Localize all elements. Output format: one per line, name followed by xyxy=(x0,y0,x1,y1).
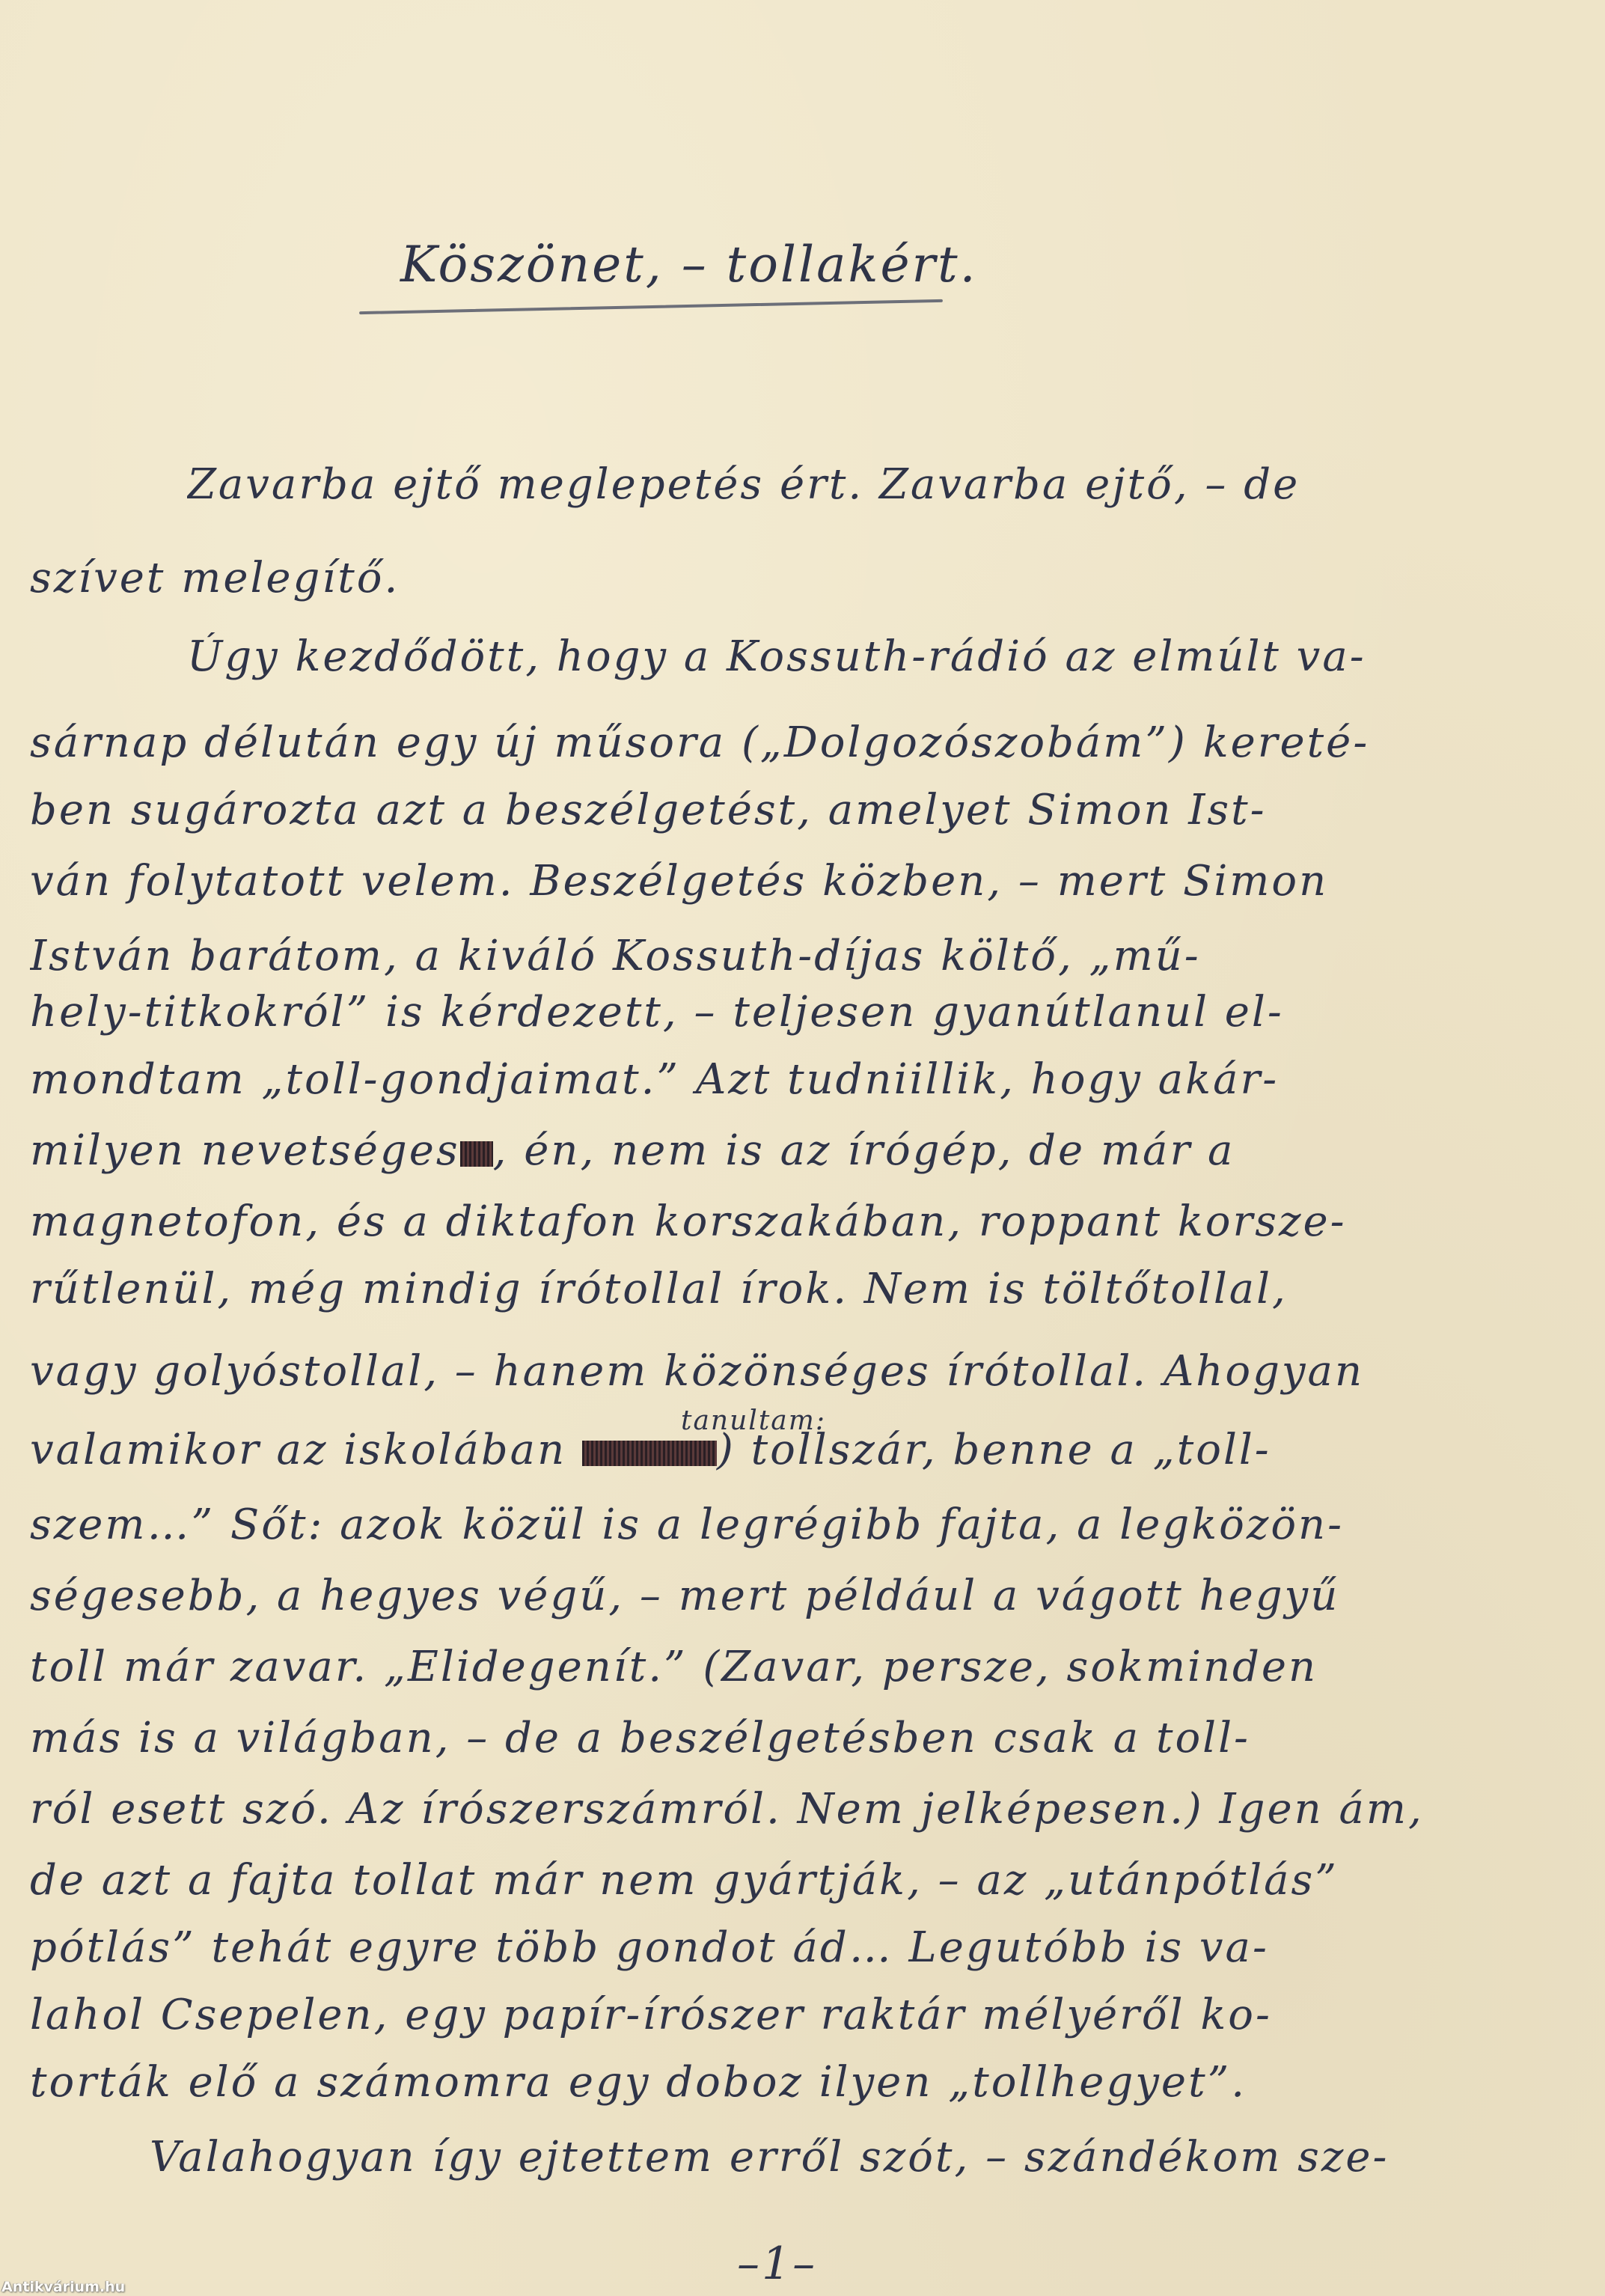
manuscript-line: más is a világban, – de a beszélgetésben… xyxy=(30,1714,1579,1762)
manuscript-line: hely-titkokról” is kérdezett, – teljesen… xyxy=(30,988,1579,1036)
manuscript-line: rűtlenül, még mindig írótollal írok. Nem… xyxy=(30,1265,1579,1313)
line-text: milyen nevetséges xyxy=(30,1126,460,1175)
manuscript-line: milyen nevetséges, én, nem is az írógép,… xyxy=(30,1126,1579,1175)
line-text: Ist- xyxy=(1173,786,1267,834)
line-text: ) tollszár, benne a „toll- xyxy=(717,1426,1271,1474)
manuscript-line: lahol Csepelen, egy papír-írószer raktár… xyxy=(30,1991,1579,2039)
manuscript-line: szívet melegítő. xyxy=(30,554,1579,602)
strikethrough-mark xyxy=(460,1141,493,1167)
manuscript-line: Zavarba ejtő meglepetés ért. Zavarba ejt… xyxy=(187,460,1579,509)
manuscript-line: ségesebb, a hegyes végű, – mert például … xyxy=(30,1572,1579,1620)
manuscript-line: Valahogyan így ejtettem erről szót, – sz… xyxy=(150,2133,1541,2181)
manuscript-line: szem…” Sőt: azok közül is a legrégibb fa… xyxy=(30,1500,1579,1549)
manuscript-line: toll már zavar. „Elidegenít.” (Zavar, pe… xyxy=(30,1643,1579,1691)
manuscript-title: Köszönet, – tollakért. xyxy=(400,236,978,293)
page-number: –1– xyxy=(737,2238,817,2290)
manuscript-line: magnetofon, és a diktafon korszakában, r… xyxy=(30,1197,1579,1246)
manuscript-line: sárnap délután egy új műsora („Dolgozósz… xyxy=(30,718,1579,767)
line-text: , én, nem is az írógép, de már a xyxy=(493,1126,1235,1175)
manuscript-line: torták elő a számomra egy doboz ilyen „t… xyxy=(30,2058,1579,2107)
manuscript-line: de azt a fajta tollat már nem gyártják, … xyxy=(30,1856,1579,1905)
strikethrough-mark xyxy=(582,1441,717,1466)
manuscript-line: vagy golyóstollal, – hanem közönséges ír… xyxy=(30,1347,1579,1396)
manuscript-line: Úgy kezdődött, hogy a Kossuth-rádió az e… xyxy=(187,632,1579,681)
manuscript-line: ben sugározta azt a beszélgetést, amelye… xyxy=(30,786,1579,834)
line-text: ben sugározta azt a beszélgetést, amelye… xyxy=(30,786,1027,834)
manuscript-line: ról esett szó. Az írószerszámról. Nem je… xyxy=(30,1785,1579,1834)
watermark: Antikvárium.hu xyxy=(1,2279,125,2295)
manuscript-line: István barátom, a kiváló Kossuth-díjas k… xyxy=(30,932,1579,980)
manuscript-line: ván folytatott velem. Beszélgetés közben… xyxy=(30,857,1579,906)
underlined-name: Simon xyxy=(1027,786,1173,834)
manuscript-line: valamikor az iskolában ) tollszár, benne… xyxy=(30,1426,1579,1474)
line-text: valamikor az iskolában xyxy=(30,1426,582,1474)
manuscript-line: pótlás” tehát egyre több gondot ád… Legu… xyxy=(30,1923,1579,1972)
manuscript-line: mondtam „toll-gondjaimat.” Azt tudniilli… xyxy=(30,1055,1579,1104)
